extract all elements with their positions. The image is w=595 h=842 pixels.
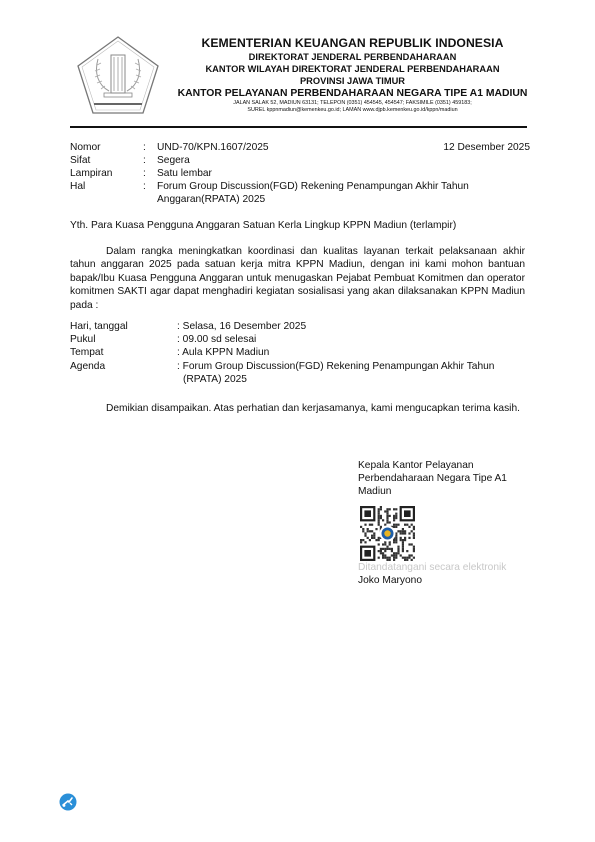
event-label: Tempat xyxy=(70,346,103,359)
event-row-date: Hari, tanggal : Selasa, 16 Desember 2025 xyxy=(70,320,530,333)
signatory-title-line: Kepala Kantor Pelayanan xyxy=(358,459,538,472)
event-row-time: Pukul : 09.00 sd selesai xyxy=(70,333,530,346)
addressee: Yth. Para Kuasa Pengguna Anggaran Satuan… xyxy=(70,220,456,231)
signatory-title: Kepala Kantor Pelayanan Perbendaharaan N… xyxy=(358,459,538,499)
meta-label: Hal xyxy=(70,180,85,193)
meta-row-nomor: Nomor : UND-70/KPN.1607/2025 xyxy=(70,141,530,154)
event-label: Pukul xyxy=(70,333,95,346)
event-value: : 09.00 sd selesai xyxy=(177,333,530,346)
closing-paragraph-text: Demikian disampaikan. Atas perhatian dan… xyxy=(106,403,520,414)
electronic-signature-note: Ditandatangani secara elektronik xyxy=(358,562,506,573)
body-paragraph-1: Dalam rangka meningkatkan koordinasi dan… xyxy=(70,245,525,312)
regional-office-name: KANTOR WILAYAH DIREKTORAT JENDERAL PERBE… xyxy=(160,63,545,75)
meta-row-hal: Hal : Forum Group Discussion(FGD) Rekeni… xyxy=(70,180,530,206)
letter-metadata: 12 Desember 2025 Nomor : UND-70/KPN.1607… xyxy=(70,141,530,206)
office-contact: SUREL kppnmadiun@kemenkeu.go.id; LAMAN w… xyxy=(160,107,545,114)
event-value: : Forum Group Discussion(FGD) Rekening P… xyxy=(177,360,528,386)
ministry-name: KEMENTERIAN KEUANGAN REPUBLIK INDONESIA xyxy=(160,36,545,51)
body-paragraph-1-text: Dalam rangka meningkatkan koordinasi dan… xyxy=(70,246,525,311)
province-name: PROVINSI JAWA TIMUR xyxy=(160,75,545,87)
meta-label: Nomor xyxy=(70,141,101,154)
event-row-agenda: Agenda : Forum Group Discussion(FGD) Rek… xyxy=(70,360,530,386)
event-value: : Aula KPPN Madiun xyxy=(177,346,530,359)
event-row-place: Tempat : Aula KPPN Madiun xyxy=(70,346,530,359)
letterhead-divider xyxy=(70,126,527,128)
meta-label: Lampiran xyxy=(70,167,112,180)
event-details: Hari, tanggal : Selasa, 16 Desember 2025… xyxy=(70,320,530,386)
qr-code-icon xyxy=(360,506,415,561)
meta-colon: : xyxy=(143,141,146,154)
signatory-title-line: Perbendaharaan Negara Tipe A1 xyxy=(358,472,538,485)
kemenkeu-emblem-icon xyxy=(74,33,162,121)
event-label: Hari, tanggal xyxy=(70,320,128,333)
signer-name: Joko Maryono xyxy=(358,575,422,586)
closing-paragraph: Demikian disampaikan. Atas perhatian dan… xyxy=(70,402,525,415)
meta-label: Sifat xyxy=(70,154,90,167)
meta-value: UND-70/KPN.1607/2025 xyxy=(157,141,517,154)
meta-row-lampiran: Lampiran : Satu lembar xyxy=(70,167,530,180)
meta-colon: : xyxy=(143,180,146,193)
meta-value: Segera xyxy=(157,154,517,167)
event-label: Agenda xyxy=(70,360,105,373)
meta-value: Satu lembar xyxy=(157,167,517,180)
letterhead: KEMENTERIAN KEUANGAN REPUBLIK INDONESIA … xyxy=(160,36,545,114)
meta-value: Forum Group Discussion(FGD) Rekening Pen… xyxy=(157,180,497,206)
meta-colon: : xyxy=(143,154,146,167)
office-address: JALAN SALAK 52, MADIUN 63131; TELEPON (0… xyxy=(160,100,545,107)
directorate-name: DIREKTORAT JENDERAL PERBENDAHARAAN xyxy=(160,51,545,63)
meta-row-sifat: Sifat : Segera xyxy=(70,154,530,167)
meta-colon: : xyxy=(143,167,146,180)
office-name: KANTOR PELAYANAN PERBENDAHARAAN NEGARA T… xyxy=(154,87,551,100)
signatory-title-line: Madiun xyxy=(358,485,538,498)
event-value: : Selasa, 16 Desember 2025 xyxy=(177,320,530,333)
e-sign-badge-icon xyxy=(59,793,77,811)
